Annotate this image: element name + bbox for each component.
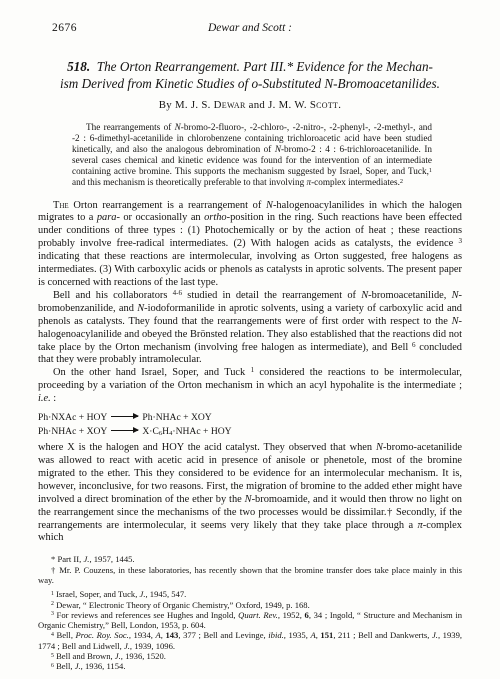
footnote-ref-5: 5 Bell and Brown, J., 1936, 1520. [38, 651, 462, 661]
footnote-ref-4: 4 Bell, Proc. Roy. Soc., 1934, A, 143, 3… [38, 630, 462, 651]
body-paragraph-3: On the other hand Israel, Soper, and Tuc… [38, 367, 462, 406]
running-head: 2676 Dewar and Scott : [38, 22, 462, 37]
footnote-ref-1: 1 Israel, Soper, and Tuck, J., 1945, 547… [38, 589, 462, 599]
footnote-ref-2: 2 Dewar, “ Electronic Theory of Organic … [38, 600, 462, 610]
title-block: 518. The Orton Rearrangement. Part III.*… [38, 59, 462, 111]
footnote-ref-3: 3 For reviews and references see Hughes … [38, 610, 462, 631]
equation-2: Ph·NHAc + XOYX·C6H4·NHAc + HOY [38, 425, 462, 439]
footnote-block: * Part II, J., 1957, 1445. † Mr. P. Couz… [38, 554, 462, 671]
reaction-scheme: Ph·NXAc + HOYPh·NHAc + XOY Ph·NHAc + XOY… [38, 411, 462, 438]
byline: By M. J. S. Dewar and J. M. W. Scott. [38, 99, 462, 111]
running-title: Dewar and Scott : [38, 22, 462, 34]
abstract: The rearrangements of N-bromo-2-fluoro-,… [72, 122, 432, 189]
article-body: The Orton rearrangement is a rearrangeme… [38, 200, 462, 546]
body-paragraph-4: where X is the halogen and HOY the acid … [38, 442, 462, 545]
body-paragraph-2: Bell and his collaborators 4-6 studied i… [38, 290, 462, 367]
journal-page: 2676 Dewar and Scott : 518. The Orton Re… [0, 0, 500, 679]
article-title-line-2: ism Derived from Kinetic Studies of o-Su… [38, 76, 462, 93]
equation-1: Ph·NXAc + HOYPh·NHAc + XOY [38, 411, 462, 425]
body-paragraph-1: The Orton rearrangement is a rearrangeme… [38, 200, 462, 290]
article-title-line-1: 518. The Orton Rearrangement. Part III.*… [38, 59, 462, 76]
footnote-ref-6: 6 Bell, J., 1936, 1154. [38, 661, 462, 671]
footnote-star: * Part II, J., 1957, 1445. [38, 554, 462, 564]
footnote-dagger: † Mr. P. Couzens, in these laboratories,… [38, 565, 462, 586]
